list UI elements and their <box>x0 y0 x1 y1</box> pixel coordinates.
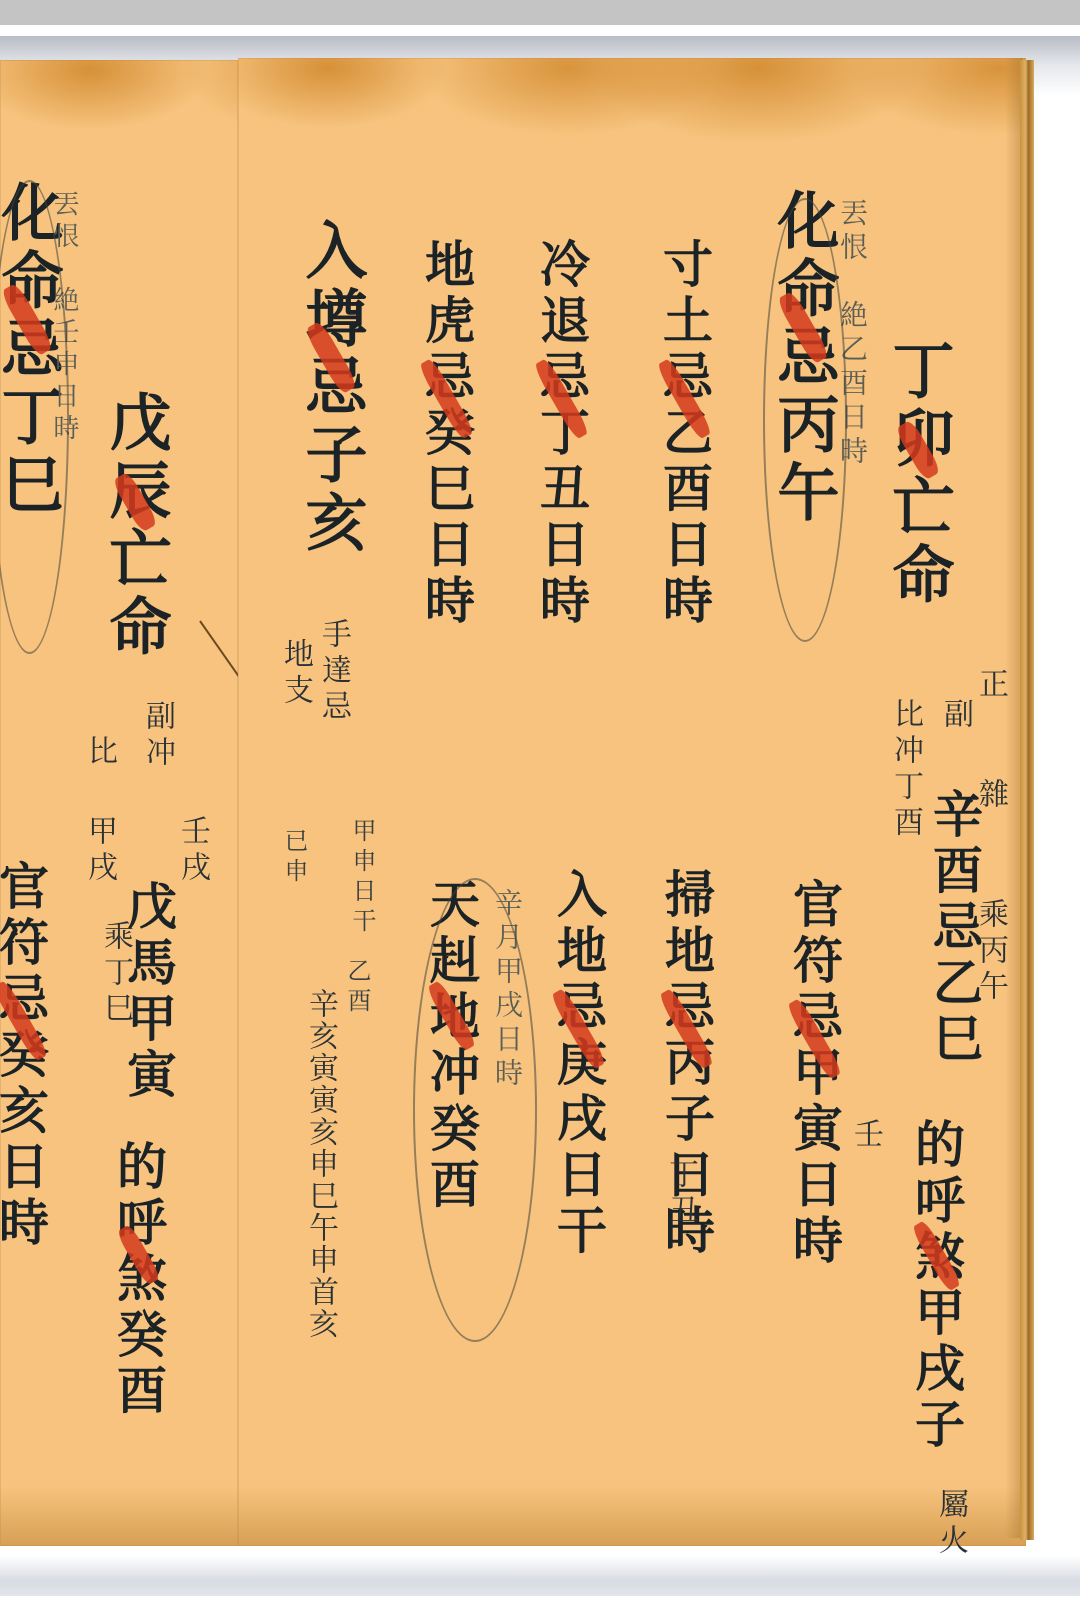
left-column-guan-fu: 官符忌癸亥日時 <box>0 860 48 1252</box>
right-column-yi-shen: 已申 <box>280 828 308 888</box>
water-stain-bottom <box>238 1486 1026 1546</box>
left-column-wu-ma: 戊馬甲寅 <box>120 880 176 1104</box>
book-page-edges <box>1020 60 1034 1540</box>
right-column-cun-tu-text: 寸土忌乙酉日時 <box>655 238 714 630</box>
right-column-di-hu-sha-text: 的呼煞甲戌子 <box>907 1118 966 1454</box>
right-column-guan-fu-note: 壬 <box>848 1118 882 1154</box>
water-stain-top <box>238 58 1026 178</box>
right-column-ding-mao: 丁卯亡命 <box>883 338 953 610</box>
scanner-top-bar <box>0 0 1080 25</box>
left-page: 化命忌丁巳 丟恨𢀳絶壬申日時 戊辰亡命 副冲 比 壬戌 甲戌 乘丁巳 戊馬甲寅 … <box>0 60 238 1546</box>
left-column-di-hu-sha-text: 的呼煞癸酉 <box>109 1140 168 1420</box>
right-column-guan-fu-text: 官符忌甲寅日時 <box>785 878 844 1270</box>
right-column-ding-mao-note-1: 副 <box>938 698 972 734</box>
right-column-ru-di-text: 入地忌庚戌日干 <box>549 868 608 1260</box>
right-column-di-hu-sha: 的呼煞甲戌子 <box>908 1118 964 1454</box>
left-column-wu-chen-text: 戊辰亡命 <box>99 390 172 662</box>
right-column-leng-tui-text: 冷退忌丁丑日時 <box>532 238 591 630</box>
left-column-wu-chen: 戊辰亡命 <box>100 390 170 662</box>
right-column-guan-fu: 官符忌甲寅日時 <box>786 878 842 1270</box>
right-column-di-hu: 地虎忌癸巳日時 <box>418 238 474 630</box>
left-column-di-hu-sha: 的呼煞癸酉 <box>110 1140 166 1420</box>
right-column-xin-you: 辛酉忌乙巳 <box>926 788 982 1068</box>
right-column-ding-mao-note-2: 比冲丁酉 <box>888 698 922 842</box>
left-column-wu-chen-note-3: 壬戌 <box>175 815 209 887</box>
water-stain-bottom <box>0 1486 238 1546</box>
right-column-leng-tui: 冷退忌丁丑日時 <box>533 238 589 630</box>
left-column-guan-fu-text: 官符忌癸亥日時 <box>0 860 50 1252</box>
left-column-wu-chen-note-2: 比 <box>82 735 116 771</box>
right-column-ru-di: 入地忌庚戌日干 <box>550 868 606 1260</box>
right-column-ding-mao-note-top: 正 <box>973 668 1007 704</box>
right-column-di-hu-text: 地虎忌癸巳日時 <box>417 238 476 630</box>
right-column-ru-zun-note: 地支 <box>278 638 312 710</box>
water-stain-top <box>0 60 238 180</box>
right-column-ding-mao-text: 丁卯亡命 <box>882 338 955 610</box>
right-column-cun-tu: 寸土忌乙酉日時 <box>656 238 712 630</box>
circled-annotation <box>413 878 537 1342</box>
left-column-wu-chen-note-4: 甲戌 <box>82 815 116 887</box>
right-column-long-note: 辛亥寅寅亥申巳午申首亥 <box>303 988 337 1340</box>
right-column-shu-huo: 屬火 <box>933 1488 967 1560</box>
left-column-wu-chen-note-1: 副冲 <box>140 700 174 772</box>
right-column-yi-you: 乙酉 <box>343 958 371 1018</box>
right-column-sao-di-note: 丁丑 <box>663 1158 697 1230</box>
circled-annotation <box>763 198 847 642</box>
right-page: 丁卯亡命 正 副 比冲丁酉 雜 乘丙午 辛酉忌乙巳 的呼煞甲戌子 屬火 化命忌丙… <box>238 58 1026 1546</box>
right-column-ru-zun: 入墫忌子亥 <box>296 218 366 558</box>
right-column-shou-da: 手達忌 <box>316 618 350 726</box>
right-column-ru-zun-text: 入墫忌子亥 <box>295 218 368 558</box>
right-column-shou-da-note: 甲申日干 <box>348 818 376 938</box>
